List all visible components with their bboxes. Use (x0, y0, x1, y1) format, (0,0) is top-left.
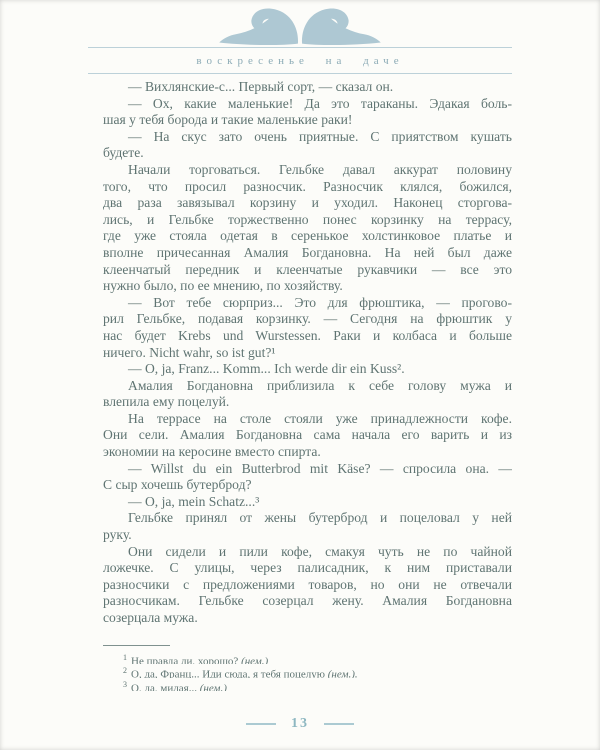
footnote-language-note: (нем.) (200, 682, 227, 691)
text-line: Они сидели и пили кофе, смакуя чуть не п… (103, 544, 512, 561)
text-line: лись, и Гельбке торжественно понес корзи… (103, 212, 512, 229)
text-line: Начали торговаться. Гельбке давал аккура… (103, 162, 512, 179)
footnote-language-note: (нем.). (328, 669, 358, 678)
text-line: два раза завязывал корзину и уходил. Нак… (103, 195, 512, 212)
header-flourish-ornament-icon (212, 6, 388, 48)
paragraph: — Вот тебе сюрприз... Это для фрюштика, … (103, 295, 512, 361)
text-line: Они сели. Амалия Богдановна сама начала … (103, 427, 512, 444)
text-line: вполне причесанная Амалия Богдановна. На… (103, 245, 512, 262)
text-line: На террасе на столе стояли уже принадлеж… (103, 411, 512, 428)
book-page: воскресенье на даче — Вихлянские-с... Пе… (0, 0, 600, 750)
text-line: — На скус зато очень приятные. С приятст… (103, 129, 512, 146)
text-line: Гельбке принял от жены бутерброд и поцел… (103, 510, 512, 527)
paragraph: Начали торговаться. Гельбке давал аккура… (103, 162, 512, 295)
paragraph: — Вихлянские-с... Первый сорт, — сказал … (103, 79, 512, 96)
text-line: Амалия Богдановна приблизила к себе голо… (103, 378, 512, 395)
text-line: нужно было, по ее мнению, по хозяйству. (103, 278, 512, 295)
text-line: ложечке. С улицы, через палисадник, к ни… (103, 560, 512, 577)
footnote-item: 1Не правда ли, хорошо? (нем.) (103, 651, 512, 664)
paragraph: — Ох, какие маленькие! Да это тараканы. … (103, 96, 512, 129)
page-number-dash-left (246, 723, 276, 725)
paragraph: Они сидели и пили кофе, смакуя чуть не п… (103, 544, 512, 627)
footnote-item: 3О, да, милая... (нем.) (103, 678, 512, 691)
paragraph: — На скус зато очень приятные. С приятст… (103, 129, 512, 162)
text-line: экономии на керосине вместо спирта. (103, 444, 512, 461)
text-line: ничего. Nicht wahr, so ist gut?¹ (103, 345, 512, 362)
footnote-text: О, да, милая... (131, 682, 200, 691)
footnote-marker: 1 (123, 653, 127, 662)
footnote-marker: 2 (123, 666, 127, 675)
body-text: — Вихлянские-с... Первый сорт, — сказал … (103, 79, 512, 627)
footnote-separator (103, 645, 170, 646)
page-number-dash-right (324, 723, 354, 725)
text-line: руку. (103, 527, 512, 544)
page-number: 13 (291, 716, 309, 732)
text-line: того, что просил разносчик. Разносчик кл… (103, 179, 512, 196)
text-line: С сыр хочешь бутерброд? (103, 477, 512, 494)
text-line: нас будет Krebs und Wurstessen. Раки и к… (103, 328, 512, 345)
page-title: воскресенье на даче (196, 55, 403, 67)
footnote-text: О, да, Франц... Иди сюда, я тебя поцелую (131, 669, 328, 678)
text-line: — O, ja, mein Schatz...³ (103, 494, 512, 511)
text-line: влепила ему поцелуй. (103, 394, 512, 411)
paragraph: Амалия Богдановна приблизила к себе голо… (103, 378, 512, 411)
text-line: — Вихлянские-с... Первый сорт, — сказал … (103, 79, 512, 96)
footnote-language-note: (нем.) (241, 656, 268, 665)
footnotes: 1Не правда ли, хорошо? (нем.)2О, да, Фра… (103, 651, 512, 691)
text-line: — Ох, какие маленькие! Да это тараканы. … (103, 96, 512, 113)
text-line: созерцала мужа. (103, 610, 512, 627)
running-head: воскресенье на даче (88, 47, 512, 74)
text-line: будете. (103, 145, 512, 162)
text-line: — O, ja, Franz... Komm... Ich werde dir … (103, 361, 512, 378)
paragraph: — Willst du ein Butterbrod mit Käse? — с… (103, 461, 512, 494)
text-line: шая у тебя борода и такие маленькие раки… (103, 112, 512, 129)
text-line: где уже стояла одетая в серенькое холсти… (103, 228, 512, 245)
text-line: клеенчатый передник и клеенчатые рукавчи… (103, 262, 512, 279)
footnote-marker: 3 (123, 680, 127, 689)
paragraph: На террасе на столе стояли уже принадлеж… (103, 411, 512, 461)
text-line: разносчики с предложениями товаров, но о… (103, 577, 512, 594)
text-line: разносчикам. Гельбке созерцал жену. Амал… (103, 593, 512, 610)
paragraph: — O, ja, mein Schatz...³ (103, 494, 512, 511)
text-line: рил Гельбке, подавая корзинку. — Сегодня… (103, 311, 512, 328)
text-line: — Willst du ein Butterbrod mit Käse? — с… (103, 461, 512, 478)
paragraph: — O, ja, Franz... Komm... Ich werde dir … (103, 361, 512, 378)
page-footer: 13 (0, 714, 600, 734)
footnote-text: Не правда ли, хорошо? (131, 656, 241, 665)
text-line: — Вот тебе сюрприз... Это для фрюштика, … (103, 295, 512, 312)
footnote-item: 2О, да, Франц... Иди сюда, я тебя поцелу… (103, 664, 512, 677)
paragraph: Гельбке принял от жены бутерброд и поцел… (103, 510, 512, 543)
